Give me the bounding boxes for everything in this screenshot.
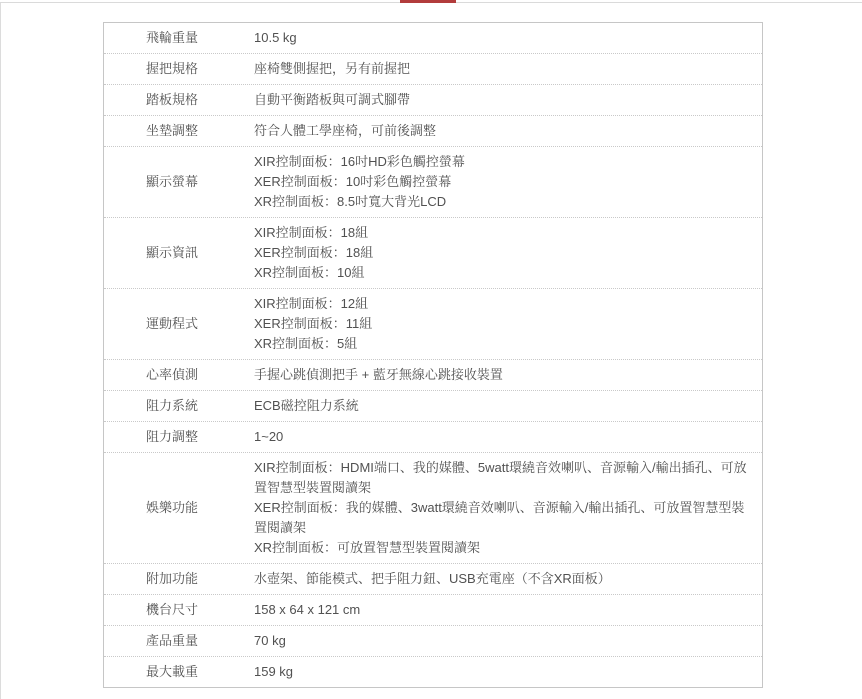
spec-value-line: XIR控制面板：18組: [254, 223, 752, 243]
spec-row-handlebar: 握把規格 座椅雙側握把，另有前握把: [104, 53, 762, 84]
spec-value: 水壺架、節能模式、把手阻力鈕、USB充電座（不含XR面板）: [254, 569, 762, 589]
spec-table: 飛輪重量 10.5 kg 握把規格 座椅雙側握把，另有前握把 踏板規格 自動平衡…: [103, 22, 763, 688]
spec-row-display-screen: 顯示螢幕 XIR控制面板：16吋HD彩色觸控螢幕 XER控制面板：10吋彩色觸控…: [104, 146, 762, 217]
spec-value: 158 x 64 x 121 cm: [254, 600, 762, 620]
spec-value: 符合人體工學座椅，可前後調整: [254, 121, 762, 141]
spec-value-line: 1~20: [254, 427, 752, 447]
spec-value: XIR控制面板：18組 XER控制面板：18組 XR控制面板：10組: [254, 223, 762, 283]
spec-value-line: 水壺架、節能模式、把手阻力鈕、USB充電座（不含XR面板）: [254, 569, 752, 589]
spec-value: XIR控制面板：16吋HD彩色觸控螢幕 XER控制面板：10吋彩色觸控螢幕 XR…: [254, 152, 762, 212]
spec-value-line: XER控制面板：10吋彩色觸控螢幕: [254, 172, 752, 192]
spec-value-line: 158 x 64 x 121 cm: [254, 600, 752, 620]
spec-value-line: 自動平衡踏板與可調式腳帶: [254, 90, 752, 110]
spec-value: 1~20: [254, 427, 762, 447]
spec-value-line: ECB磁控阻力系統: [254, 396, 752, 416]
spec-label: 顯示資訊: [104, 243, 254, 263]
spec-row-heart-rate: 心率偵測 手握心跳偵測把手 + 藍牙無線心跳接收裝置: [104, 359, 762, 390]
spec-value: 自動平衡踏板與可調式腳帶: [254, 90, 762, 110]
spec-value-line: XIR控制面板：HDMI端口、我的媒體、5watt環繞音效喇叭、音源輸入/輸出插…: [254, 458, 752, 498]
spec-value: XIR控制面板：HDMI端口、我的媒體、5watt環繞音效喇叭、音源輸入/輸出插…: [254, 458, 762, 558]
spec-row-resistance-levels: 阻力調整 1~20: [104, 421, 762, 452]
active-tab-indicator: [400, 0, 456, 3]
spec-label: 運動程式: [104, 314, 254, 334]
spec-label: 顯示螢幕: [104, 172, 254, 192]
spec-value: 座椅雙側握把，另有前握把: [254, 59, 762, 79]
spec-value-line: XIR控制面板：16吋HD彩色觸控螢幕: [254, 152, 752, 172]
spec-row-workout-programs: 運動程式 XIR控制面板：12組 XER控制面板：11組 XR控制面板：5組: [104, 288, 762, 359]
spec-value-line: XR控制面板：5組: [254, 334, 752, 354]
spec-row-pedal: 踏板規格 自動平衡踏板與可調式腳帶: [104, 84, 762, 115]
spec-label: 最大載重: [104, 662, 254, 682]
spec-row-seat-adjust: 坐墊調整 符合人體工學座椅，可前後調整: [104, 115, 762, 146]
spec-label: 心率偵測: [104, 365, 254, 385]
spec-value-line: XER控制面板：18組: [254, 243, 752, 263]
spec-value-line: 10.5 kg: [254, 28, 752, 48]
spec-row-flywheel-weight: 飛輪重量 10.5 kg: [104, 23, 762, 53]
spec-value-line: XER控制面板：11組: [254, 314, 752, 334]
spec-value-line: 159 kg: [254, 662, 752, 682]
spec-row-resistance-system: 阻力系統 ECB磁控阻力系統: [104, 390, 762, 421]
spec-label: 飛輪重量: [104, 28, 254, 48]
spec-label: 機台尺寸: [104, 600, 254, 620]
spec-row-max-user-weight: 最大載重 159 kg: [104, 656, 762, 687]
spec-row-display-info: 顯示資訊 XIR控制面板：18組 XER控制面板：18組 XR控制面板：10組: [104, 217, 762, 288]
spec-value: 159 kg: [254, 662, 762, 682]
spec-value-line: 符合人體工學座椅，可前後調整: [254, 121, 752, 141]
spec-label: 娛樂功能: [104, 498, 254, 518]
spec-value: 70 kg: [254, 631, 762, 651]
spec-label: 踏板規格: [104, 90, 254, 110]
left-edge-line: [0, 3, 1, 699]
spec-row-product-weight: 產品重量 70 kg: [104, 625, 762, 656]
spec-label: 附加功能: [104, 569, 254, 589]
spec-value-line: XR控制面板：可放置智慧型裝置閱讀架: [254, 538, 752, 558]
spec-value: XIR控制面板：12組 XER控制面板：11組 XR控制面板：5組: [254, 294, 762, 354]
spec-value-line: 座椅雙側握把，另有前握把: [254, 59, 752, 79]
spec-row-extra-features: 附加功能 水壺架、節能模式、把手阻力鈕、USB充電座（不含XR面板）: [104, 563, 762, 594]
spec-label: 阻力調整: [104, 427, 254, 447]
spec-value: ECB磁控阻力系統: [254, 396, 762, 416]
page: { "page": { "background": "#ffffff", "to…: [0, 0, 862, 699]
spec-label: 阻力系統: [104, 396, 254, 416]
spec-value-line: 70 kg: [254, 631, 752, 651]
spec-label: 握把規格: [104, 59, 254, 79]
spec-value-line: XIR控制面板：12組: [254, 294, 752, 314]
spec-value-line: XR控制面板：8.5吋寬大背光LCD: [254, 192, 752, 212]
spec-label: 坐墊調整: [104, 121, 254, 141]
spec-value-line: XR控制面板：10組: [254, 263, 752, 283]
spec-label: 產品重量: [104, 631, 254, 651]
spec-value: 10.5 kg: [254, 28, 762, 48]
spec-value-line: 手握心跳偵測把手 + 藍牙無線心跳接收裝置: [254, 365, 752, 385]
spec-row-machine-dimensions: 機台尺寸 158 x 64 x 121 cm: [104, 594, 762, 625]
spec-row-entertainment: 娛樂功能 XIR控制面板：HDMI端口、我的媒體、5watt環繞音效喇叭、音源輸…: [104, 452, 762, 563]
spec-value: 手握心跳偵測把手 + 藍牙無線心跳接收裝置: [254, 365, 762, 385]
spec-value-line: XER控制面板：我的媒體、3watt環繞音效喇叭、音源輸入/輸出插孔、可放置智慧…: [254, 498, 752, 538]
